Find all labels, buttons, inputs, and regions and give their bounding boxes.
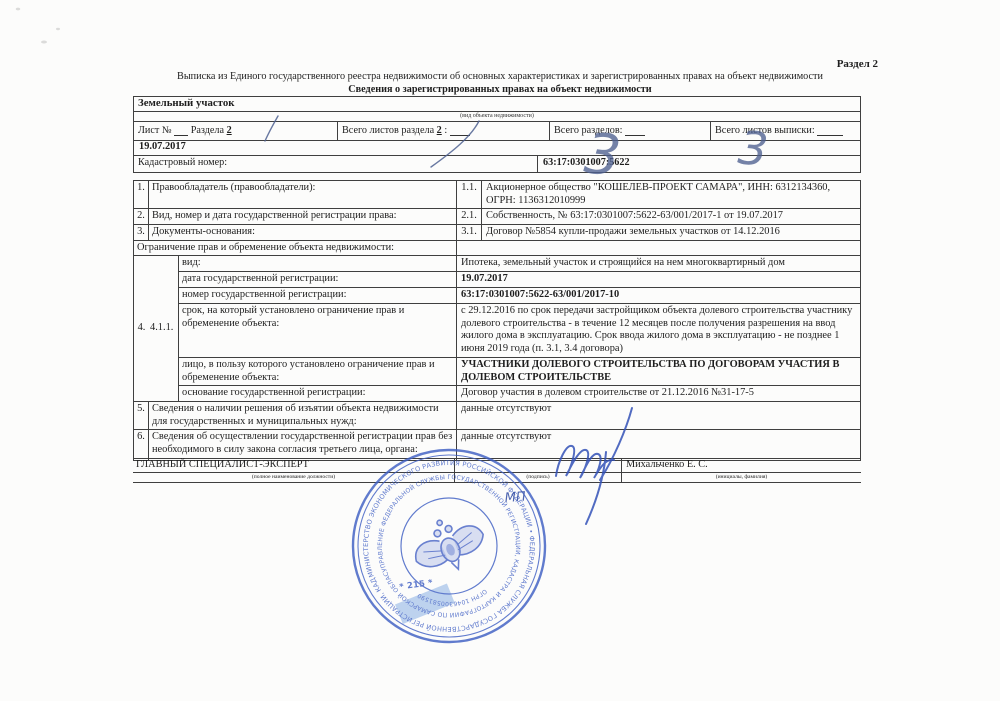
row-value: данные отсутствуют: [457, 402, 860, 429]
table-row-third-party-consent: 6. Сведения об осуществлении государстве…: [134, 430, 860, 460]
stamp-redaction-box: [395, 584, 455, 624]
row-value: Собственность, № 63:17:0301007:5622-63/0…: [482, 209, 860, 224]
signer-position: ГЛАВНЫЙ СПЕЦИАЛИСТ-ЭКСПЕРТ: [133, 459, 455, 472]
signature-cell: [455, 459, 622, 472]
object-header-table: Земельный участок (вид объекта недвижимо…: [133, 96, 861, 173]
row-subnumber: 3.1.: [457, 225, 482, 240]
row-subnumber: 2.1.: [457, 209, 482, 224]
row-label: Правообладатель (правообладатели):: [149, 181, 457, 208]
row-value-empty: [457, 241, 860, 256]
scan-specks: [16, 8, 60, 44]
total-sections-cell: Всего разделов:: [550, 122, 711, 140]
row-label: Сведения об осуществлении государственно…: [149, 430, 457, 460]
stamp-number: * 215 *: [399, 578, 434, 593]
signature-block: ГЛАВНЫЙ СПЕЦИАЛИСТ-ЭКСПЕРТ Михальченко Е…: [133, 458, 861, 483]
row-value: данные отсутствуют: [457, 430, 860, 460]
restriction-date-row: дата государственной регистрации: 19.07.…: [179, 272, 860, 288]
cadastral-number-label: Кадастровый номер:: [134, 156, 538, 172]
row-label: Вид, номер и дата государственной регист…: [149, 209, 457, 224]
table-row-registration: 2. Вид, номер и дата государственной рег…: [134, 209, 860, 225]
blank-line: [625, 126, 645, 136]
restriction-basis-row: основание государственной регистрации: Д…: [179, 386, 860, 401]
total-extract-sheets-cell: Всего листов выписки:: [711, 122, 860, 140]
restriction-number-row: номер государственной регистрации: 63:17…: [179, 288, 860, 304]
row-subnumber: 1.1.: [457, 181, 482, 208]
row-value: Акционерное общество "КОШЕЛЕВ-ПРОЕКТ САМ…: [482, 181, 860, 208]
restrictions-body: 4. 4.1.1. вид: Ипотека, земельный участо…: [134, 256, 860, 400]
section-label: Раздел 2: [837, 58, 878, 70]
row-subnumber: 4.1.1.: [149, 256, 179, 400]
row-number: 1.: [134, 181, 149, 208]
table-row-rightholder: 1. Правообладатель (правообладатели): 1.…: [134, 181, 860, 209]
sheet-counters-row: Лист № Раздела 2 Всего листов раздела 2 …: [134, 122, 860, 141]
blank-line: [174, 126, 188, 136]
eagle-emblem: [405, 507, 491, 583]
cadastral-number-row: Кадастровый номер: 63:17:0301007:5622: [134, 156, 860, 172]
signature-caption: (подпись): [455, 473, 622, 482]
row-label: Сведения о наличии решения об изъятии об…: [149, 402, 457, 429]
cadastral-number-value: 63:17:0301007:5622: [538, 156, 860, 172]
blank-line: [450, 126, 470, 136]
document-title: Выписка из Единого государственного реес…: [60, 71, 940, 82]
stamp-place-handwritten: МП: [504, 490, 526, 506]
sheet-number-cell: Лист № Раздела 2: [134, 122, 338, 140]
row-number: 2.: [134, 209, 149, 224]
restriction-beneficiary-row: лицо, в пользу которого установлено огра…: [179, 358, 860, 386]
extract-date: 19.07.2017: [134, 141, 860, 156]
document-page: Раздел 2 Выписка из Единого государствен…: [0, 0, 1000, 701]
table-section-restrictions: Ограничение прав и обременение объекта н…: [134, 241, 860, 402]
table-row-seizure: 5. Сведения о наличии решения об изъятии…: [134, 402, 860, 430]
row-label: Документы-основания:: [149, 225, 457, 240]
blank-line: [817, 126, 843, 136]
signer-name: Михальченко Е. С.: [622, 459, 861, 472]
row-number: 4.: [134, 256, 149, 400]
rights-table: 1. Правообладатель (правообладатели): 1.…: [133, 180, 861, 461]
section-sheets-cell: Всего листов раздела 2 :: [338, 122, 550, 140]
document-subtitle: Сведения о зарегистрированных правах на …: [60, 84, 940, 95]
position-caption: (полное наименование должности): [133, 473, 455, 482]
svg-text:ОГРН 1046300581590: ОГРН 1046300581590: [415, 568, 489, 621]
name-caption: (инициалы, фамилия): [622, 473, 861, 482]
stamp-ogrn-text: ОГРН 1046300581590: [415, 568, 489, 621]
row-number: 6.: [134, 430, 149, 460]
restriction-kind-row: вид: Ипотека, земельный участок и строящ…: [179, 256, 860, 272]
object-type-caption: (вид объекта недвижимости): [134, 112, 860, 122]
object-type: Земельный участок: [134, 97, 860, 112]
restrictions-header-row: Ограничение прав и обременение объекта н…: [134, 241, 860, 257]
restriction-term-row: срок, на который установлено ограничение…: [179, 304, 860, 358]
row-value: Договор №5854 купли-продажи земельных уч…: [482, 225, 860, 240]
row-label: Ограничение прав и обременение объекта н…: [134, 241, 457, 256]
row-number: 3.: [134, 225, 149, 240]
row-number: 5.: [134, 402, 149, 429]
table-row-documents: 3. Документы-основания: 3.1. Договор №58…: [134, 225, 860, 241]
